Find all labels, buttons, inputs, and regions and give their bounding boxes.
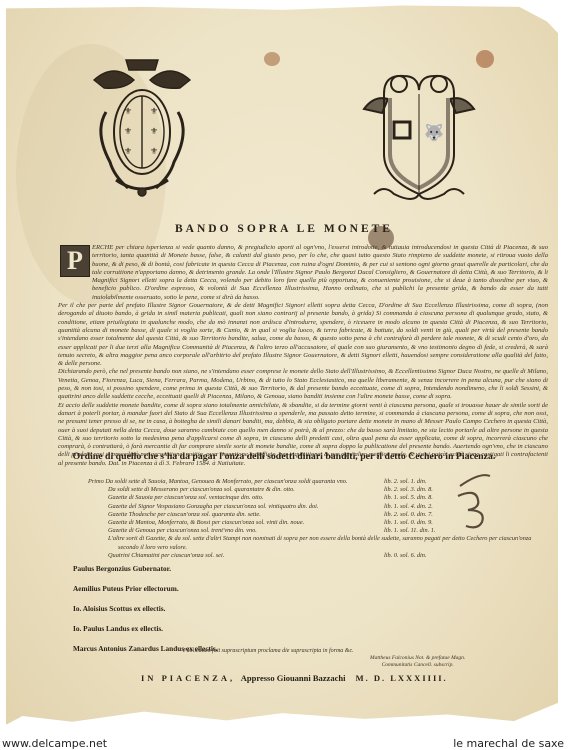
signatory: Marcus Antonius Zanardus Landus ex ellec… xyxy=(73,644,218,664)
rate-row: Gazette Thodesche per ciascun'onza sol. … xyxy=(88,511,488,519)
svg-text:⚜: ⚜ xyxy=(150,107,158,117)
document-title: BANDO SOPRA LE MONETE xyxy=(0,223,568,235)
foxing-stain xyxy=(264,52,280,66)
signatory: Io. Aloisius Scottus ex ellectis. xyxy=(73,604,218,624)
signatory: Paulus Bergonzius Gubernator. xyxy=(73,564,218,584)
rate-row: Gazette di Genoua per ciascun'onza sol. … xyxy=(88,527,488,535)
watermark-right: le marechal de saxe xyxy=(453,737,564,750)
notary-signature: Mattheus Falconius Not. & prefatae Magn.… xyxy=(370,655,465,669)
rate-row: secondo il loro vero valore. xyxy=(88,544,488,552)
publication-note: Publicatum fuit suprascriptum proclama d… xyxy=(183,648,354,654)
svg-text:⚜: ⚜ xyxy=(124,147,132,157)
rates-heading: Ordine di quello che s'ha da pagar l'onz… xyxy=(0,451,568,462)
imprint-year: M. D. LXXXIIII. xyxy=(356,673,448,683)
signatory: Io. Paulus Landus ex ellectis. xyxy=(73,624,218,644)
decree-paragraph: Per il che per parte del prefato Illustr… xyxy=(58,302,548,368)
imprint-printer: Appresso Giouanni Bazzachi xyxy=(241,673,346,683)
decree-paragraph: Dichiarando però, che nel presente bando… xyxy=(58,368,548,401)
printer-imprint: IN PIACENZA, Appresso Giouanni Bazzachi … xyxy=(141,673,448,683)
rate-row: Primo Da soldi sette di Sauoia, Mantoa, … xyxy=(88,478,488,486)
signatory: Aemilius Puteus Prior ellectorum. xyxy=(73,584,218,604)
svg-text:⚜: ⚜ xyxy=(124,107,132,117)
papal-coat-of-arms-icon: ⚜⚜⚜ ⚜⚜⚜ xyxy=(86,52,198,202)
svg-text:⚜: ⚜ xyxy=(150,127,158,137)
svg-text:⚜: ⚜ xyxy=(124,127,132,137)
rate-row: Da soldi sette di Messerano per ciascun'… xyxy=(88,486,488,494)
rate-row: Gazette di Mantoa, Monferrato, & Bossi p… xyxy=(88,519,488,527)
rate-row: Quatrini Chiamatini per ciascun'onza sol… xyxy=(88,552,488,560)
watermark-left: www.delcampe.net xyxy=(2,737,107,750)
city-coat-of-arms-icon: 🐺 xyxy=(354,54,484,204)
exchange-rates-table: Primo Da soldi sette di Sauoia, Mantoa, … xyxy=(88,478,488,560)
rate-row: L'altre sorti di Gazette, & da sol. sett… xyxy=(88,535,488,543)
decree-paragraph: ERCHE per chiara isperienza si vede quan… xyxy=(58,244,548,302)
imprint-city: IN PIACENZA, xyxy=(141,673,235,683)
svg-text:⚜: ⚜ xyxy=(150,147,158,157)
rate-row: Gazette di Sauoia per ciascun'onza sol. … xyxy=(88,494,488,502)
svg-text:🐺: 🐺 xyxy=(424,123,444,142)
handwritten-annotation-icon xyxy=(450,470,500,530)
rate-row: Gazette del Signor Vespasiano Gonzagha p… xyxy=(88,503,488,511)
decree-body: ERCHE per chiara isperienza si vede quan… xyxy=(58,244,548,468)
